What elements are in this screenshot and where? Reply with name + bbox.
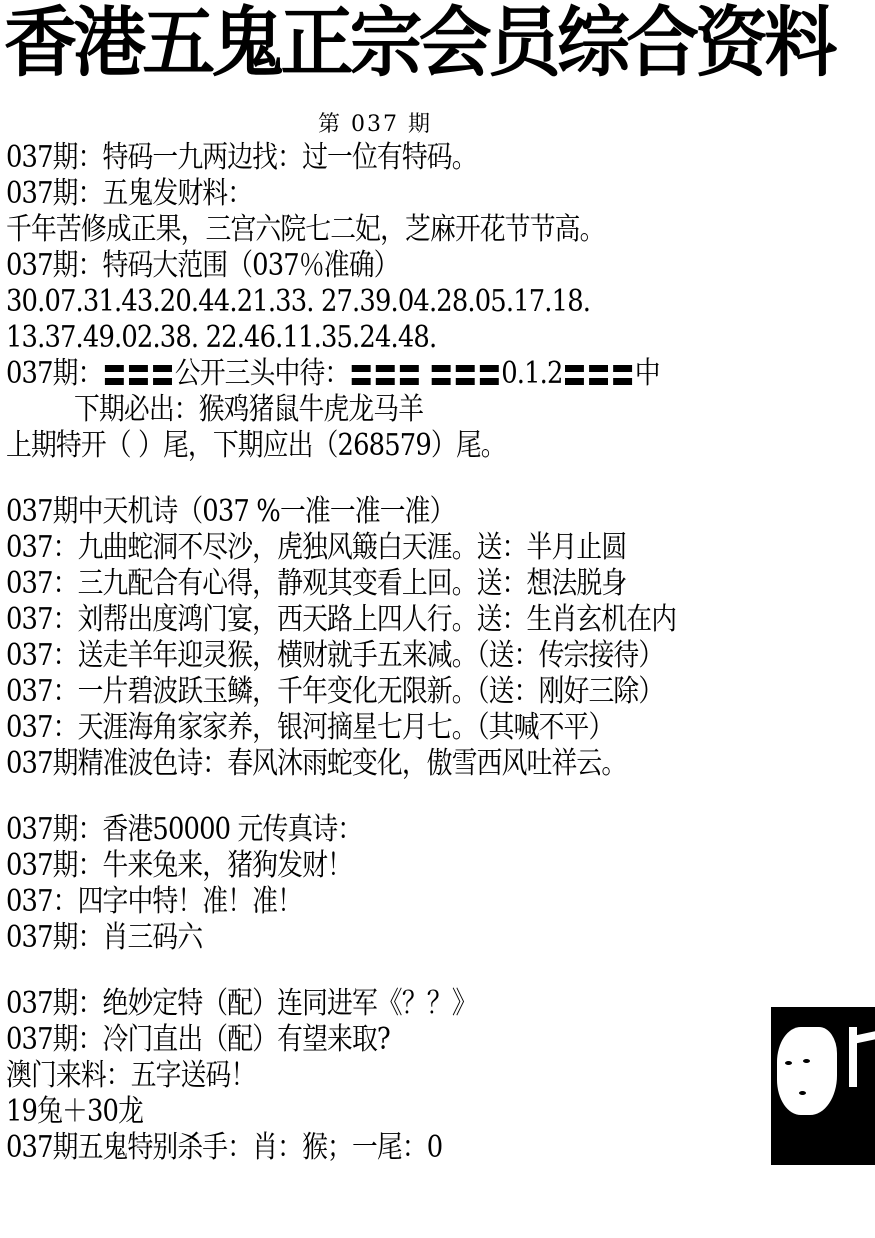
fortune-poem: 千年苦修成正果，三宫六院七二妃，芝麻开花节节高。 [6, 212, 605, 248]
heads-prefix: 037期： [6, 356, 103, 391]
fax-poem-line: 037：四字中特！准！准！ [6, 884, 302, 920]
special-code-hint: 037期：特码一九两边找：过一位有特码。 [6, 140, 477, 176]
block-icon [456, 365, 475, 385]
block-icon [352, 365, 371, 385]
next-issue-zodiacs: 下期必出：猴鸡猪鼠牛虎龙马羊 [74, 392, 423, 428]
face-shape [777, 1027, 837, 1115]
eye [785, 1061, 792, 1065]
block-icon [376, 365, 395, 385]
fax-poem-line: 037期：牛来兔来，猪狗发财！ [6, 848, 352, 884]
block-icon [105, 365, 124, 385]
tail-prediction: 上期特开（ ）尾，下期应出（268579）尾。 [6, 428, 506, 464]
background-detail [854, 1031, 875, 1044]
zodiac-three-codes: 037期：肖三码六 [6, 920, 202, 956]
poem-line: 037：三九配合有心得，静观其变看上回。送：想法脱身 [6, 566, 626, 602]
wave-color-poem: 037期精准波色诗：春风沐雨蛇变化，傲雪西风吐祥云。 [6, 746, 626, 782]
nose [799, 1091, 806, 1095]
macau-material: 澳门来料：五字送码！ [6, 1058, 255, 1094]
block-icon [400, 365, 419, 385]
special-range-label: 037期：特码大范围（037％准确） [6, 248, 399, 284]
heavenly-poem-title: 037期中天机诗（037 %一准一准一准） [6, 494, 455, 530]
kill-list: 037期五鬼特别杀手：肖：猴；一尾：0 [6, 1130, 442, 1166]
block-icon [565, 365, 584, 385]
heads-line: 037期：公开三头中待： 0.1.2中 [6, 356, 660, 392]
poem-line: 037：九曲蛇洞不尽沙，虎独风簸白天涯。送：半月止圆 [6, 530, 626, 566]
block-icon [153, 365, 172, 385]
fax-poem-title: 037期：香港50000 元传真诗： [6, 812, 362, 848]
poem-line: 037：天涯海角家家养，银河摘星七月七。（其喊不平） [6, 710, 613, 746]
special-pairing: 037期：绝妙定特（配）连同进军《？？》 [6, 986, 477, 1022]
block-icon [613, 365, 632, 385]
number-list-1: 30.07.31.43.20.44.21.33. 27.39.04.28.05.… [6, 284, 590, 320]
block-icon [129, 365, 148, 385]
block-icon [480, 365, 499, 385]
macau-numbers: 19兔＋30龙 [6, 1094, 143, 1130]
number-list-2: 13.37.49.02.38. 22.46.11.35.24.48. [6, 320, 436, 356]
page-title: 香港五鬼正宗会员综合资料 [4, 0, 839, 86]
issue-heading: 第 037 期 [318, 112, 432, 138]
poem-line: 037：刘帮出度鸿门宴，西天路上四人行。送：生肖玄机在内 [6, 602, 676, 638]
portrait-photo [771, 1007, 875, 1165]
heads-digits: 0.1.2 [501, 356, 562, 391]
poem-line: 037：送走羊年迎灵猴，横财就手五来减。（送：传宗接待） [6, 638, 663, 674]
cold-pick: 037期：冷门直出（配）有望来取? [6, 1022, 390, 1058]
heads-mid: 公开三头中待： [175, 356, 350, 391]
block-icon [589, 365, 608, 385]
poem-line: 037：一片碧波跃玉鳞，千年变化无限新。（送：刚好三除） [6, 674, 663, 710]
block-icon [432, 365, 451, 385]
heads-suffix: 中 [635, 356, 660, 391]
eye [803, 1059, 810, 1063]
fortune-material-label: 037期：五鬼发财料： [6, 176, 252, 212]
